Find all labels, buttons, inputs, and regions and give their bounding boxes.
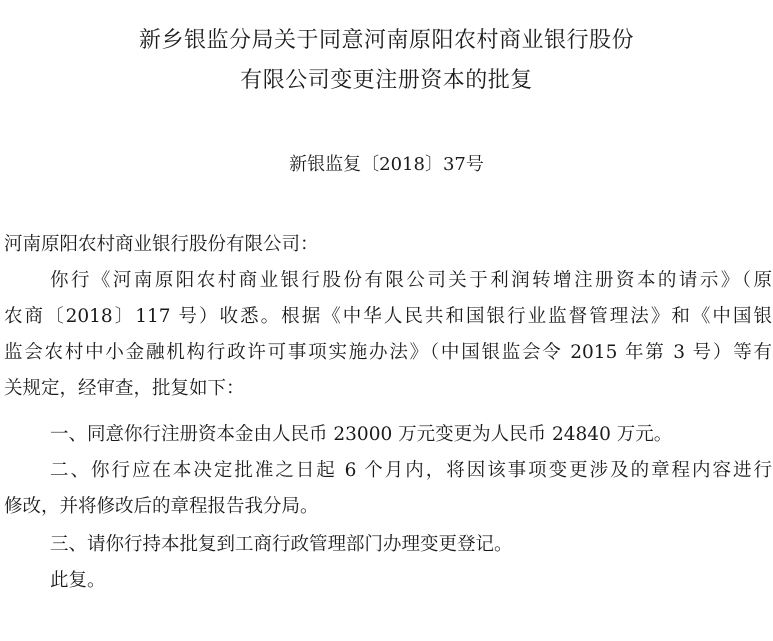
item-2-line-2: 修改，并将修改后的章程报告我分局。 bbox=[4, 494, 773, 520]
document-title-line-2: 有限公司变更注册资本的批复 bbox=[0, 66, 773, 96]
body-line-4: 关规定，经审查，批复如下： bbox=[4, 376, 773, 402]
document-title-line-1: 新乡银监分局关于同意河南原阳农村商业银行股份 bbox=[0, 26, 773, 56]
item-3: 三、请你行持本批复到工商行政管理部门办理变更登记。 bbox=[4, 532, 773, 558]
document-number: 新银监复〔2018〕37号 bbox=[0, 152, 773, 178]
addressee: 河南原阳农村商业银行股份有限公司： bbox=[4, 232, 773, 258]
body-line-3: 监会农村中小金融机构行政许可事项实施办法》（中国银监会令 2015 年第 3 号… bbox=[4, 340, 772, 366]
body-line-1: 你行《河南原阳农村商业银行股份有限公司关于利润转增注册资本的请示》（原 bbox=[4, 268, 772, 294]
item-1: 一、同意你行注册资本金由人民币 23000 万元变更为人民币 24840 万元。 bbox=[4, 422, 773, 448]
closing: 此复。 bbox=[4, 568, 773, 594]
body-line-2: 农商〔2018〕117 号）收悉。根据《中华人民共和国银行业监督管理法》和《中国… bbox=[4, 304, 772, 330]
item-2-line-1: 二、你行应在本决定批准之日起 6 个月内，将因该事项变更涉及的章程内容进行 bbox=[4, 458, 772, 484]
